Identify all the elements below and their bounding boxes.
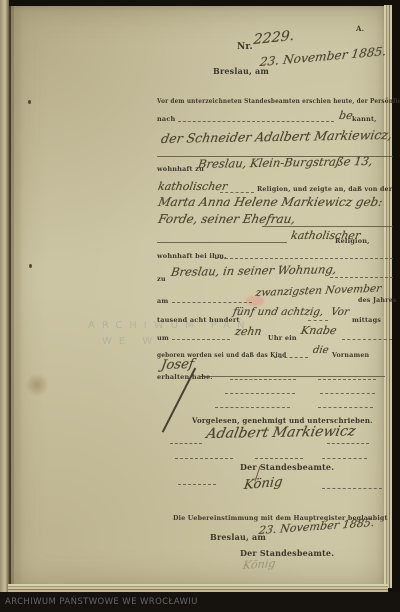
- form-year-print: tausend acht hundert: [157, 316, 240, 324]
- form-mittags: mittags: [352, 316, 381, 324]
- brown-stain: [26, 372, 48, 398]
- archive-watermark-mid-line2: WE W: [102, 336, 159, 347]
- solid-rule: [200, 376, 385, 377]
- dashed-rule: [230, 379, 296, 380]
- solid-rule: [262, 226, 393, 227]
- form-word-kannt: kannt,: [352, 115, 377, 123]
- form-intro-line: Vor dem unterzeichneten Standesbeamten e…: [157, 97, 400, 105]
- dashed-rule: [308, 320, 328, 321]
- dashed-rule: [172, 302, 252, 303]
- form-word-nach: nach: [157, 115, 175, 123]
- form-intro-text: Vor dem unterzeichneten Standesbeamten e…: [157, 97, 400, 105]
- hw-article-die: die: [312, 345, 329, 356]
- dashed-rule: [274, 357, 308, 358]
- form-zu: zu: [157, 275, 166, 283]
- hw-mother-name: Marta Anna Helene Markiewicz geb:: [157, 195, 384, 209]
- hw-child-sex: Knabe: [300, 324, 338, 337]
- book-gutter-shadow: [9, 6, 23, 588]
- dashed-rule: [178, 484, 216, 485]
- dashed-rule: [320, 393, 375, 394]
- form-des-jahres: des Jahres: [358, 297, 397, 304]
- form-um: um: [157, 334, 169, 342]
- dashed-rule: [220, 192, 254, 193]
- dashed-rule: [178, 121, 334, 122]
- dashed-rule: [225, 393, 295, 394]
- dashed-rule: [342, 339, 392, 340]
- previous-page-edge: [0, 0, 9, 592]
- scanned-registry-page: ARCHIWUM PAŃ WE W A. Nr. 2229. Breslau, …: [0, 0, 400, 612]
- form-vornamen: Vornamen: [332, 352, 369, 359]
- form-erhalten-habe: erhalten habe.: [157, 373, 213, 381]
- hw-birth-time: zehn: [234, 325, 263, 338]
- dashed-rule: [175, 458, 233, 459]
- hw-signature-registrar-faint: König: [242, 557, 276, 572]
- paper-speck: [29, 264, 32, 268]
- dashed-rule: [215, 407, 290, 408]
- scan-bottom-band: ARCHIWUM PAŃSTWOWE WE WROCŁAWIU: [0, 592, 400, 612]
- form-letter: A.: [356, 24, 364, 33]
- hw-child-name: Josef: [160, 357, 195, 373]
- dashed-rule: [170, 443, 202, 444]
- hw-religion-father: katholischer: [157, 180, 228, 193]
- hw-year: fünf und achtzig,: [232, 306, 324, 318]
- paper-sheet: [9, 6, 387, 588]
- dashed-rule: [318, 407, 373, 408]
- record-number-label: Nr.: [237, 42, 253, 52]
- dashed-rule: [322, 458, 367, 459]
- dashed-rule: [255, 458, 303, 459]
- hw-vor: Vor: [330, 306, 350, 318]
- form-registrar-label: Der Standesbeamte.: [240, 462, 334, 472]
- form-religion2: Religion,: [335, 237, 370, 245]
- dashed-rule: [172, 339, 230, 340]
- dashed-rule: [330, 277, 393, 278]
- paper-speck: [28, 100, 31, 104]
- solid-rule: [157, 242, 287, 243]
- archive-watermark-bottom: ARCHIWUM PAŃSTWOWE WE WROCŁAWIU: [5, 597, 198, 607]
- hw-birthplace: Breslau, in seiner Wohnung,: [170, 262, 338, 279]
- form-uhr-ein: Uhr ein: [268, 334, 297, 342]
- page-stack-bottom-edge: [8, 584, 388, 592]
- hw-signature-declarant: Adalbert Markiewicz: [205, 423, 357, 442]
- dashed-rule: [318, 379, 376, 380]
- dashed-rule: [327, 443, 369, 444]
- dashed-rule: [215, 258, 393, 259]
- form-religion-zeigte-an: Religion, und zeigte an, daß von der: [257, 186, 392, 193]
- hw-mother-birthname: Forde, seiner Ehefrau,: [157, 212, 297, 226]
- form-registrar-label2: Der Standesbeamte.: [240, 548, 334, 558]
- form-am: am: [157, 297, 169, 305]
- dashed-rule: [322, 488, 382, 489]
